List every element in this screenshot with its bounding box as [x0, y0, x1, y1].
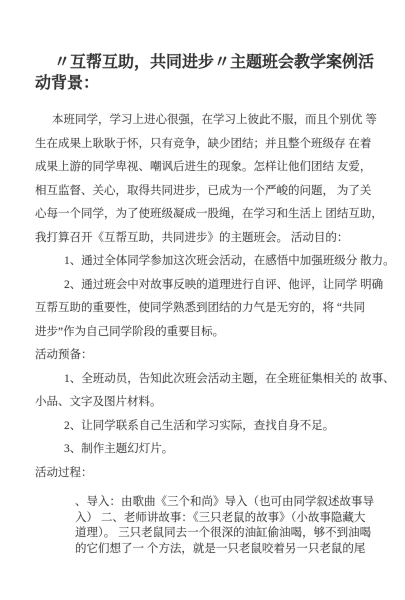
text-line: 相互监督、关心，取得共同进步，已成为一个严峻的问题， 为了关: [35, 180, 379, 204]
numbered-item-line: 2、让同学联系自己生活和学习实际，查找自身不足。: [35, 415, 379, 439]
text-line: 进步”作为自己同学阶段的重要目标。: [35, 321, 379, 345]
title-line: 动背景：: [35, 73, 379, 94]
text-line: 互帮互助的重要性，使同学熟悉到团结的力气是无穷的，将 “共同: [35, 297, 379, 321]
section-label-process: 活动过程：: [35, 462, 379, 486]
document-body: 本班同学，学习上进心很强，在学习上彼此不服，而且个别优 等 生在成果上耿耿于怀，…: [35, 109, 379, 485]
numbered-item-line: 3、制作主题幻灯片。: [35, 438, 379, 462]
text-line: 本班同学，学习上进心很强，在学习上彼此不服，而且个别优 等: [35, 109, 379, 133]
title-line: 〃互帮互助，共同进步〃主题班会教学案例活: [35, 52, 379, 73]
text-line: 生在成果上耿耿于怀，只有竞争，缺少团结；并且整个班级存 在着: [35, 133, 379, 157]
numbered-item-line: 1、全班动员，告知此次班会活动主题，在全班征集相关的 故事、: [35, 368, 379, 392]
section-label-preparation: 活动预备：: [35, 344, 379, 368]
process-line: 入） 二、老师讲故事：《三只老鼠的故事》（小故事隐藏大: [75, 511, 379, 527]
text-line: 心每一个同学，为了使班级凝成一股绳，在学习和生活上 团结互助，: [35, 203, 379, 227]
document-page: 〃互帮互助，共同进步〃主题班会教学案例活 动背景： 本班同学，学习上进心很强，在…: [0, 0, 405, 600]
text-line: 小品、文字及图片材料。: [35, 391, 379, 415]
process-line: 的它们想了一 个方法，就是一只老鼠咬着另一只老鼠的尾: [75, 542, 379, 558]
numbered-item-line: 1、通过全体同学参加这次班会活动，在感悟中加强班级分 散力。: [35, 250, 379, 274]
process-line: 道理）。 三只老鼠同去一个很深的油缸偷油喝，够不到油喝: [75, 526, 379, 542]
activity-process-block: 、导入：由歌曲《三个和尚》导入（也可由同学叙述故事导 入） 二、老师讲故事：《三…: [75, 495, 379, 557]
numbered-item-line: 2、通过班会中对故事反映的道理进行自评、他评，让同学 明确: [35, 274, 379, 298]
process-line: 、导入：由歌曲《三个和尚》导入（也可由同学叙述故事导: [75, 495, 379, 511]
text-line: 成果上游的同学卑视、嘲讽后进生的现象。怎样让他们团结 友爱，: [35, 156, 379, 180]
document-title: 〃互帮互助，共同进步〃主题班会教学案例活 动背景：: [35, 52, 379, 94]
text-line: 我打算召开《互帮互助，共同进步》的主题班会。 活动目的：: [35, 227, 379, 251]
